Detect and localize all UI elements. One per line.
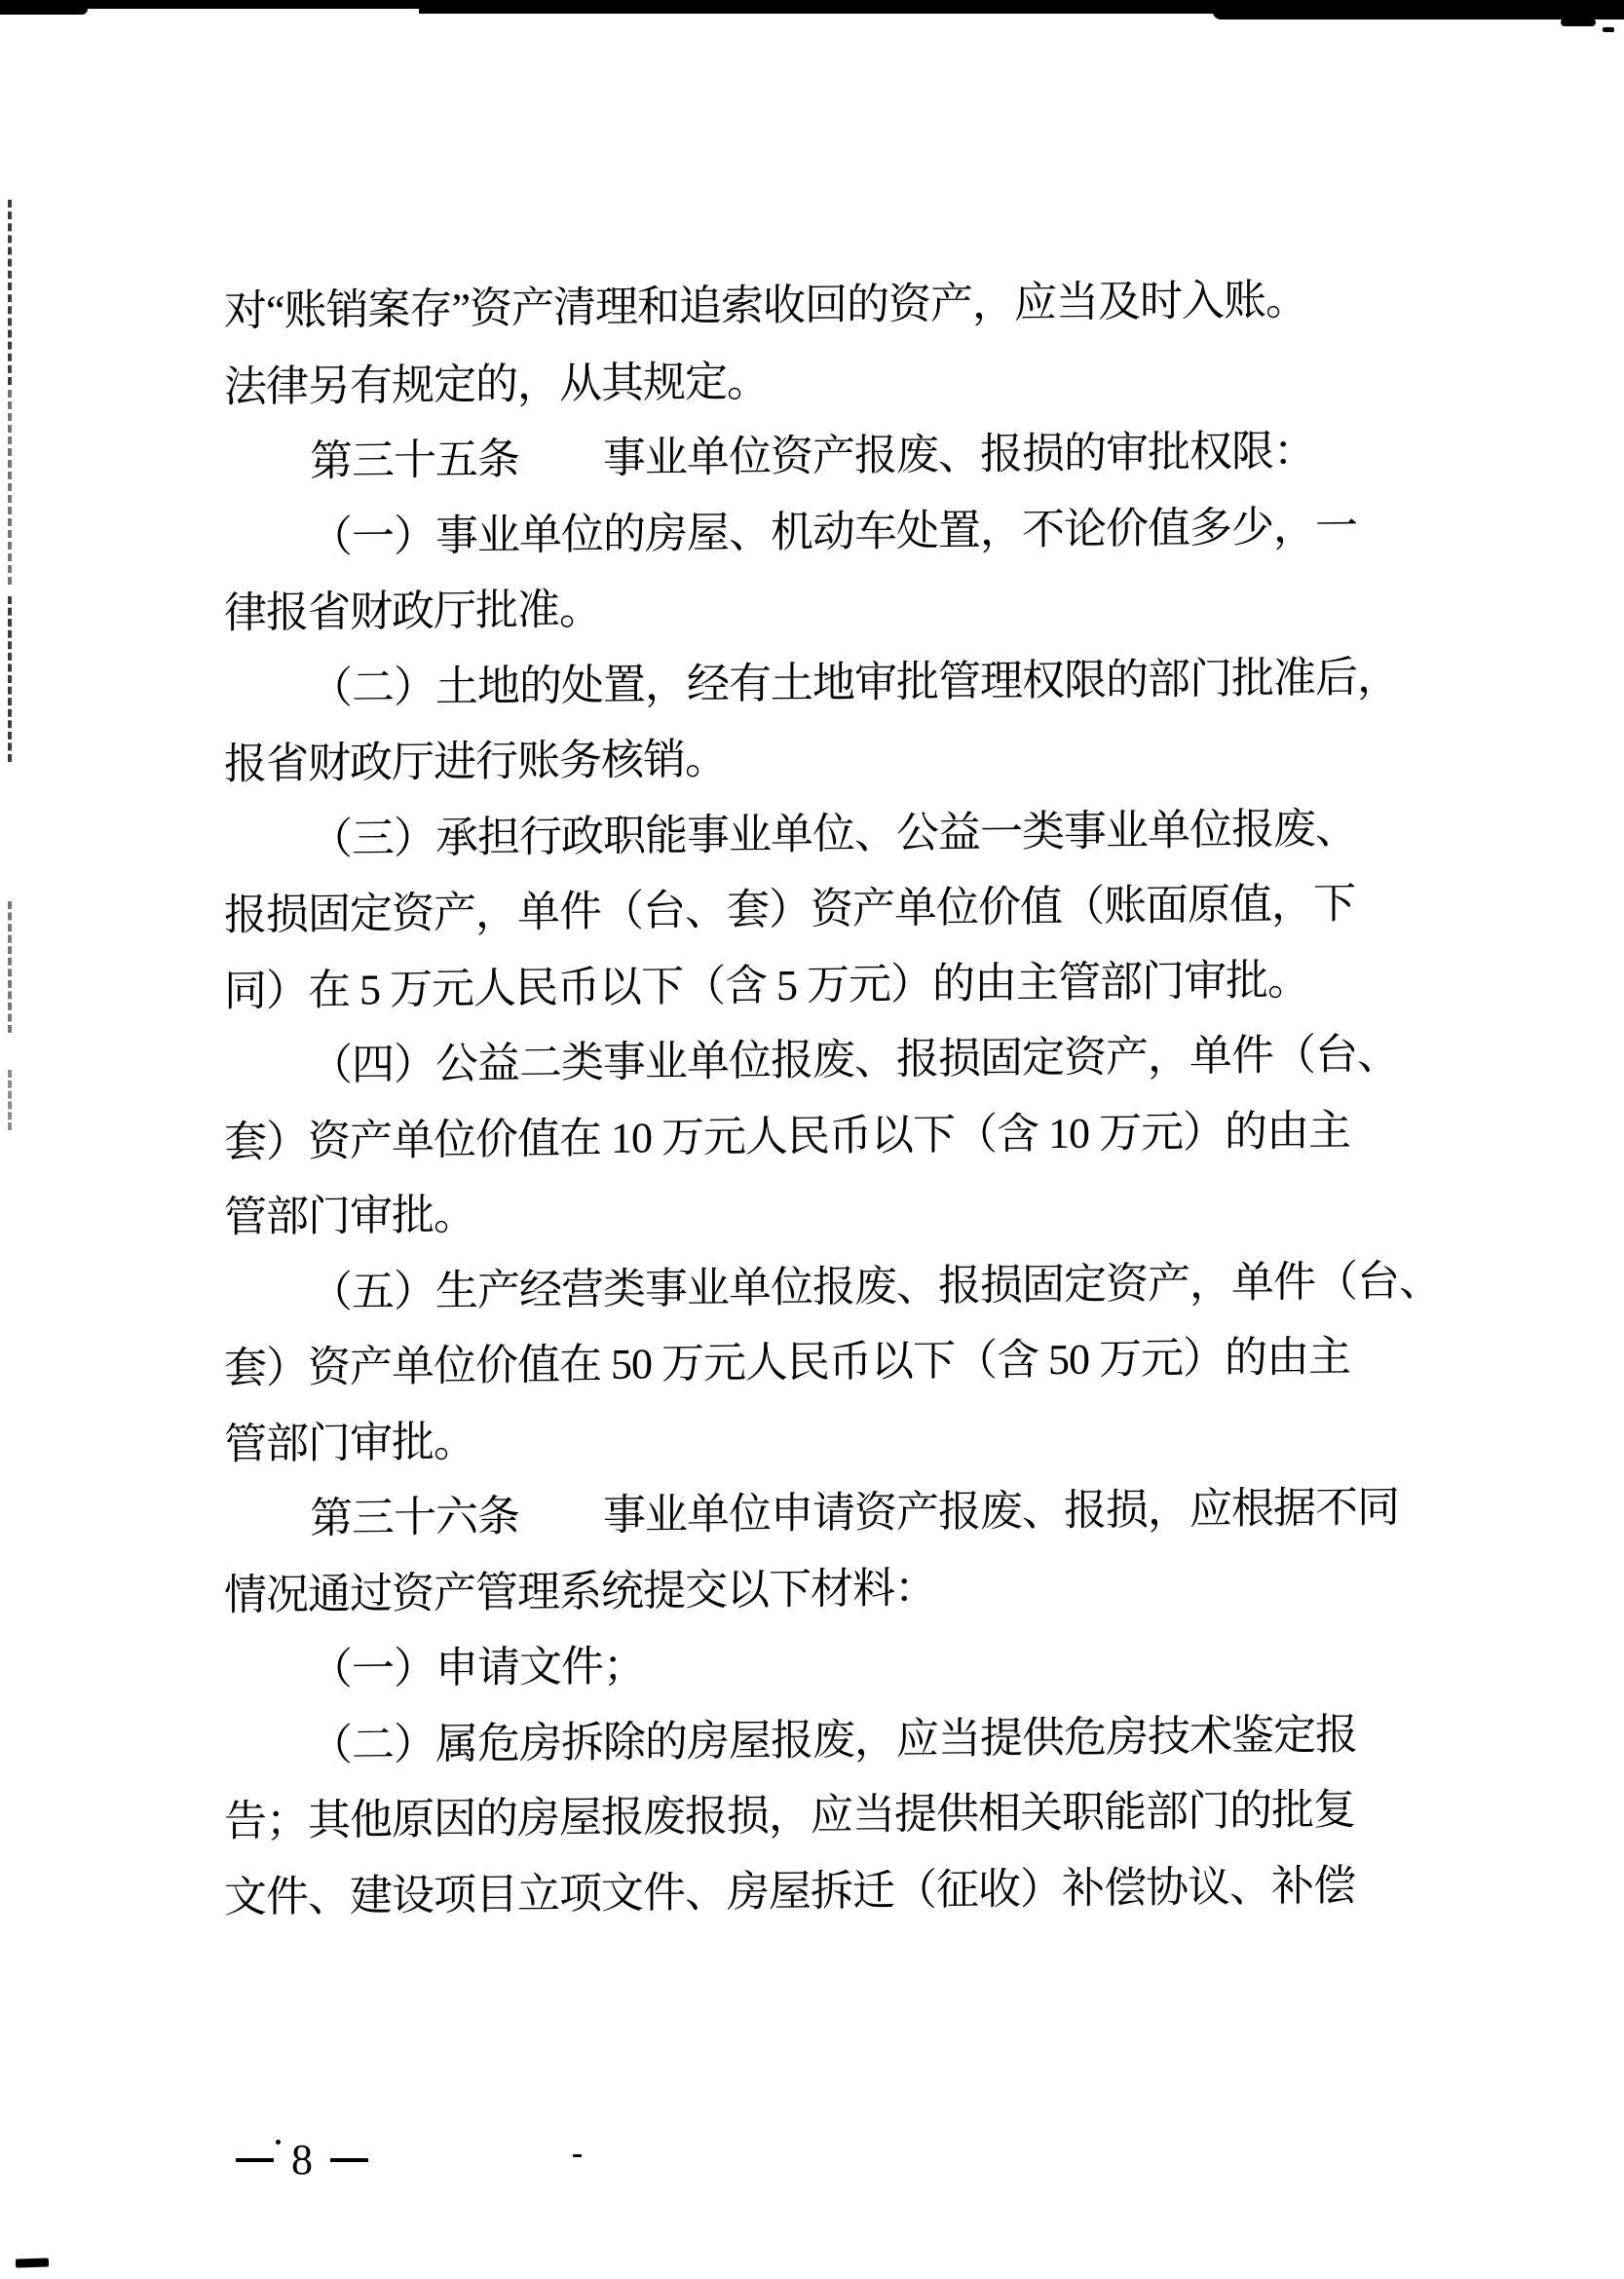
text-line: 法律另有规定的，从其规定。 bbox=[224, 336, 1441, 425]
text-line: 第三十五条 事业单位资产报废、报损的审批权限： bbox=[224, 412, 1441, 501]
scan-artifact-top-band bbox=[0, 0, 88, 15]
scan-artifact-top-band bbox=[1213, 0, 1624, 19]
text-line: 律报省财政厅批准。 bbox=[224, 563, 1441, 652]
text-line: （三）承担行政职能事业单位、公益一类事业单位报废、 bbox=[224, 789, 1441, 878]
text-line: 对“账销案存”资产清理和追索收回的资产，应当及时入账。 bbox=[224, 261, 1441, 350]
text-block: 对“账销案存”资产清理和追索收回的资产，应当及时入账。法律另有规定的，从其规定。… bbox=[224, 261, 1441, 1935]
document-page: 对“账销案存”资产清理和追索收回的资产，应当及时入账。法律另有规定的，从其规定。… bbox=[0, 0, 1624, 2279]
text-line: 报省财政厅进行账务核销。 bbox=[224, 714, 1441, 803]
text-line: （一）申请文件； bbox=[224, 1620, 1441, 1709]
text-line: 报损固定资产，单件（台、套）资产单位价值（账面原值，下 bbox=[224, 865, 1441, 954]
page-number: 8 bbox=[289, 2139, 315, 2182]
text-line: （二）土地的处置，经有土地审批管理权限的部门批准后， bbox=[224, 638, 1441, 727]
scan-artifact-speck bbox=[573, 2154, 582, 2157]
text-line: 套）资产单位价值在 50 万元人民币以下（含 50 万元）的由主 bbox=[224, 1318, 1441, 1407]
scan-artifact-edge-mark bbox=[8, 901, 12, 1033]
footer-dash-left bbox=[236, 2158, 274, 2162]
text-line: 第三十六条 事业单位申请资产报废、报损，应根据不同 bbox=[224, 1469, 1441, 1558]
scan-artifact-edge-mark bbox=[8, 200, 12, 385]
scan-artifact-edge-mark bbox=[8, 390, 12, 585]
text-line: （四）公益二类事业单位报废、报损固定资产，单件（台、 bbox=[224, 1016, 1441, 1105]
text-line: 管部门审批。 bbox=[224, 1393, 1441, 1482]
scan-artifact-speck bbox=[276, 2140, 281, 2145]
text-line: （五）生产经营类事业单位报废、报损固定资产，单件（台、 bbox=[224, 1242, 1441, 1331]
text-line: （二）属危房拆除的房屋报废，应当提供危房技术鉴定报 bbox=[224, 1695, 1441, 1784]
text-line: 情况通过资产管理系统提交以下材料： bbox=[224, 1544, 1441, 1633]
text-line: 套）资产单位价值在 10 万元人民币以下（含 10 万元）的由主 bbox=[224, 1091, 1441, 1180]
scan-artifact-edge-mark bbox=[8, 596, 12, 762]
page-footer: 8 bbox=[236, 2136, 368, 2184]
text-line: 文件、建设项目立项文件、房屋拆迁（征收）补偿协议、补偿 bbox=[224, 1846, 1441, 1935]
scan-artifact-speck bbox=[1561, 19, 1596, 26]
scan-artifact-speck bbox=[1603, 27, 1614, 32]
footer-dash-right bbox=[330, 2158, 368, 2162]
text-line: 告；其他原因的房屋报废报损，应当提供相关职能部门的批复 bbox=[224, 1771, 1441, 1860]
scan-artifact-edge-mark bbox=[8, 1070, 12, 1130]
text-line: （一）事业单位的房屋、机动车处置，不论价值多少，一 bbox=[224, 487, 1441, 576]
text-line: 同）在 5 万元人民币以下（含 5 万元）的由主管部门审批。 bbox=[224, 940, 1441, 1029]
scan-artifact-smudge bbox=[16, 2258, 49, 2267]
text-line: 管部门审批。 bbox=[224, 1167, 1441, 1256]
